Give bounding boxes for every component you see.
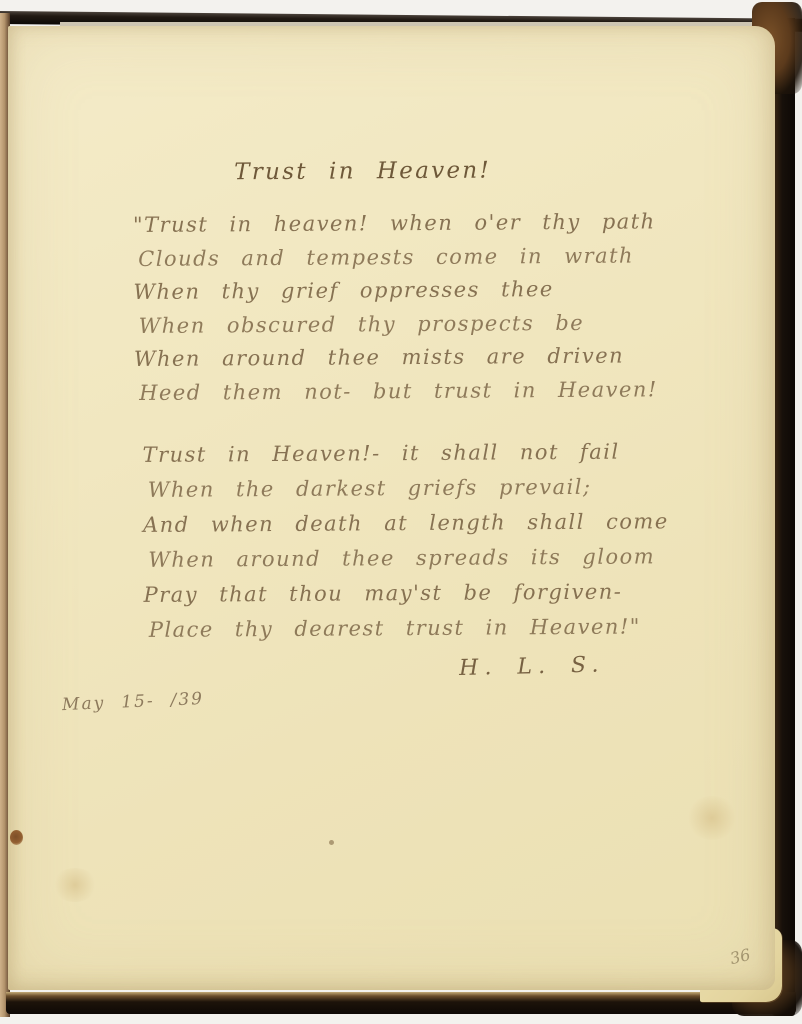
poem-line: Clouds and tempests come in wrath — [138, 239, 657, 276]
poem-line: Heed them not- but trust in Heaven! — [139, 373, 658, 410]
poem-line: When the darkest griefs prevail; — [148, 469, 669, 508]
poem-title: Trust in Heaven! — [128, 157, 598, 186]
poem-line: When obscured thy prospects be — [139, 306, 658, 343]
poem-line: Place thy dearest trust in Heaven!" — [149, 609, 670, 648]
poem-line: When around thee spreads its gloom — [148, 539, 669, 578]
author-signature: H. L. S. — [459, 652, 605, 681]
poem-line: Trust in Heaven!- it shall not fail — [142, 434, 668, 473]
poem-line: When around thee mists are driven — [134, 339, 658, 376]
poem-line: And when death at length shall come — [143, 504, 669, 543]
handwritten-poem: Trust in Heaven! "Trust in heaven! when … — [126, 0, 713, 1024]
poem-line: Pray that thou may'st be forgiven- — [143, 574, 669, 613]
scanned-album-photo: Trust in Heaven! "Trust in heaven! when … — [0, 0, 802, 1024]
poem-line: When thy grief oppresses thee — [133, 272, 657, 309]
foxing-stain-left — [52, 868, 98, 902]
ink-stain-spot — [10, 830, 23, 845]
poem-line: "Trust in heaven! when o'er thy path — [133, 205, 657, 242]
poem-stanza-1: "Trust in heaven! when o'er thy path Clo… — [133, 205, 658, 410]
book-cover-right-edge — [772, 18, 795, 1016]
poem-stanza-2: Trust in Heaven!- it shall not fail When… — [142, 434, 669, 648]
